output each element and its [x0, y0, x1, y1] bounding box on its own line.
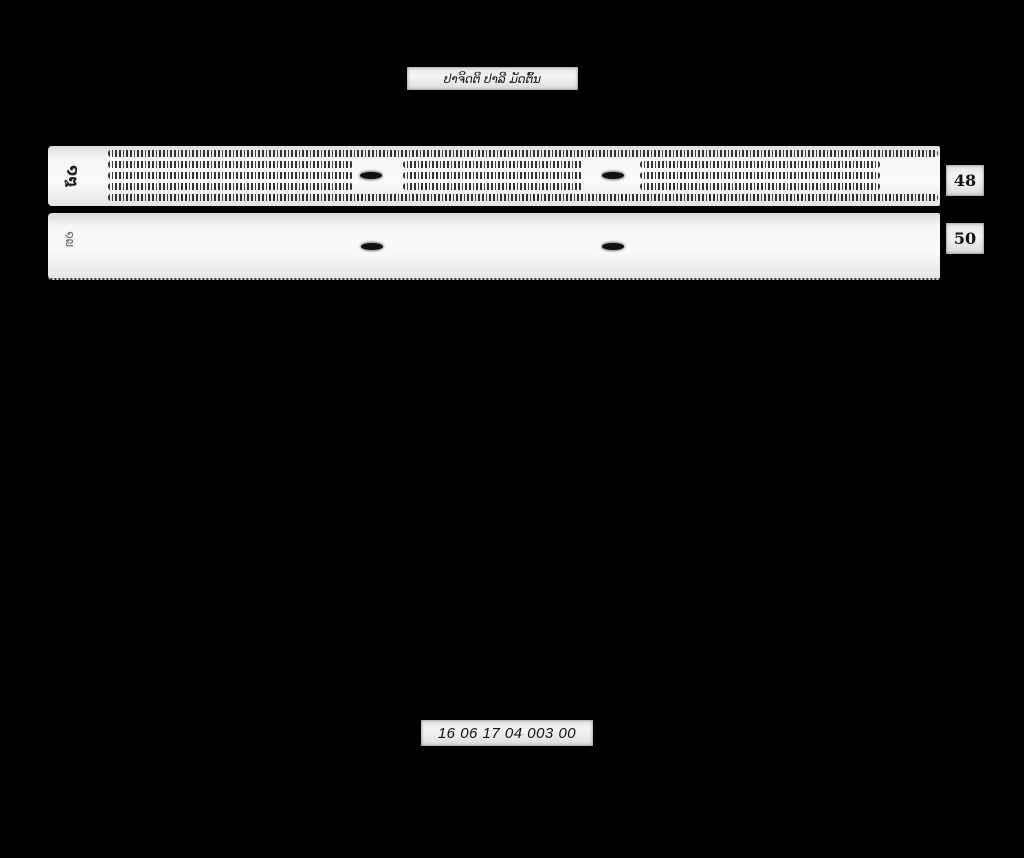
text-line: [108, 194, 938, 201]
text-line: [403, 183, 583, 190]
binding-hole: [602, 243, 624, 250]
leaf-marker: ໑໙: [63, 231, 77, 247]
text-line: [640, 172, 880, 179]
page-number-label: 48: [946, 165, 984, 196]
page-number-label: 50: [946, 223, 984, 254]
binding-hole: [360, 172, 382, 179]
page-number: 48: [954, 171, 976, 190]
text-line: [108, 183, 353, 190]
text-line: [403, 161, 583, 168]
catalog-id: 16 06 17 04 003 00: [438, 725, 576, 742]
page-number: 50: [954, 229, 976, 248]
palm-leaf-page-2: ໑໙: [48, 213, 940, 280]
text-line: [108, 161, 353, 168]
manuscript-title-label: ປາຈິດຕິ ປາລີ ມັດຕົ້ນ: [407, 67, 578, 90]
text-line: [403, 172, 583, 179]
catalog-id-label: 16 06 17 04 003 00: [421, 720, 593, 746]
binding-hole: [361, 243, 383, 250]
leaf-marker: ໑໘: [65, 165, 81, 186]
text-line: [640, 161, 880, 168]
manuscript-title: ປາຈິດຕິ ປາລີ ມັດຕົ້ນ: [444, 72, 541, 86]
text-line: [108, 172, 353, 179]
text-line: [640, 183, 880, 190]
binding-hole: [602, 172, 624, 179]
text-line: [108, 150, 938, 157]
palm-leaf-page-1: ໑໘: [48, 146, 940, 206]
